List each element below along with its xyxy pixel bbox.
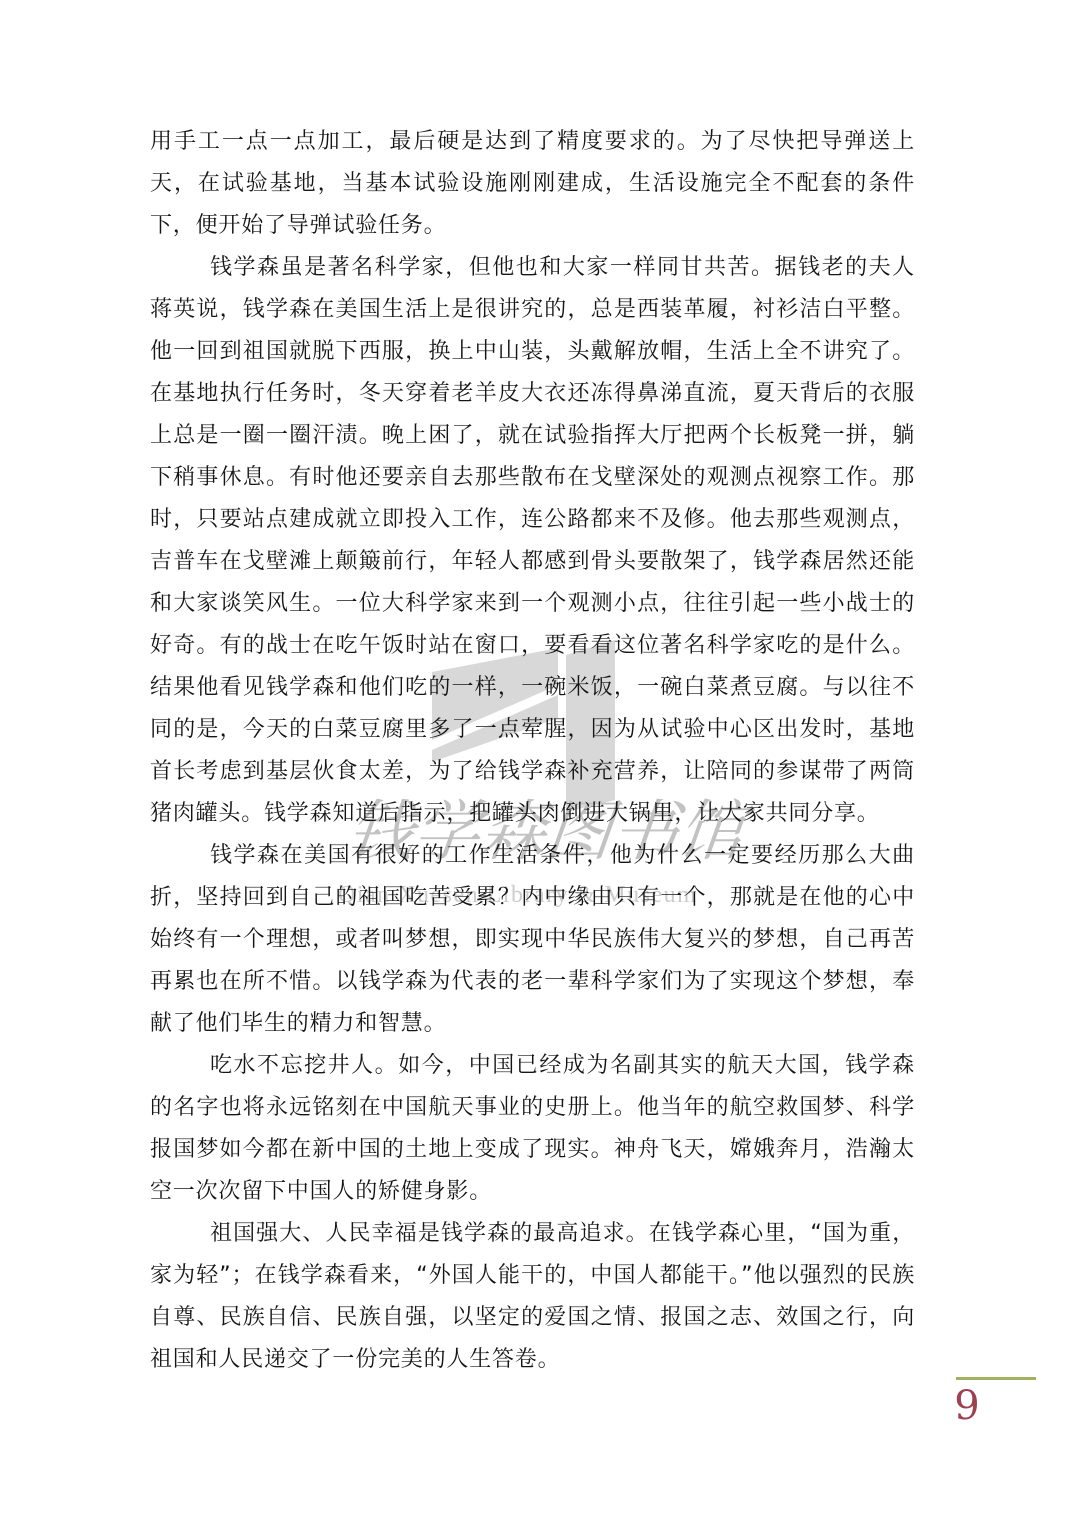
page-text-block: 用手工一点一点加工，最后硬是达到了精度要求的。为了尽快把导弹送上天，在试验基地，…	[150, 121, 915, 1381]
paragraph-4: 吃水不忘挖井人。如今，中国已经成为名副其实的航天大国，钱学森的名字也将永远铭刻在…	[150, 1045, 915, 1213]
paragraph-3: 钱学森在美国有很好的工作生活条件，他为什么一定要经历那么大曲折，坚持回到自己的祖…	[150, 835, 915, 1045]
page-number: 9	[944, 1384, 990, 1428]
paragraph-2: 钱学森虽是著名科学家，但他也和大家一样同甘共苦。据钱老的夫人蒋英说，钱学森在美国…	[150, 247, 915, 835]
paragraph-1: 用手工一点一点加工，最后硬是达到了精度要求的。为了尽快把导弹送上天，在试验基地，…	[150, 121, 915, 247]
paragraph-5: 祖国强大、人民幸福是钱学森的最高追求。在钱学森心里，“国为重，家为轻”；在钱学森…	[150, 1213, 915, 1381]
document-page: { "document": { "paragraphs": [ { "inden…	[0, 0, 1074, 1520]
footer-accent-line	[956, 1377, 1036, 1380]
